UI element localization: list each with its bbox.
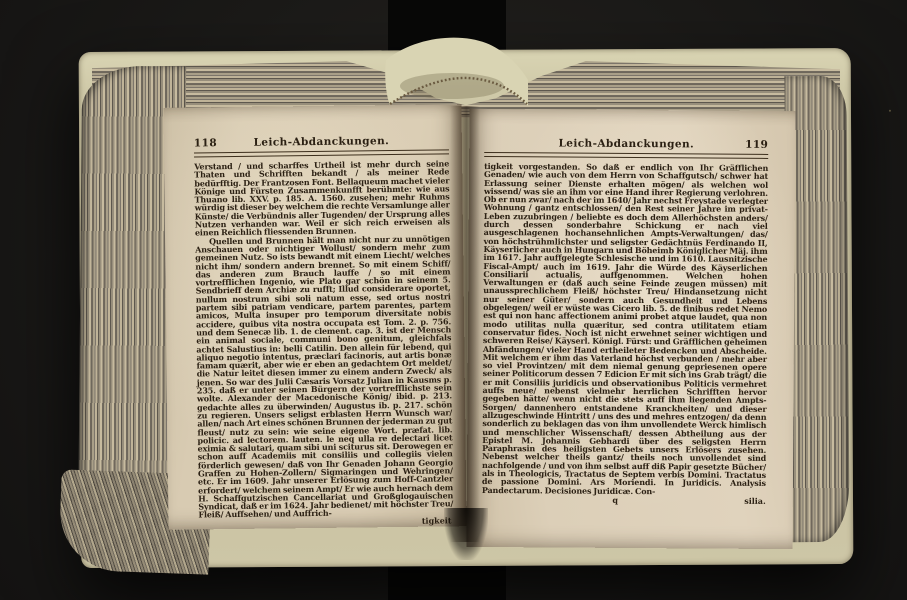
left-page-number: 118	[194, 137, 224, 149]
left-header-rule	[194, 149, 449, 157]
signature-mark: q	[612, 495, 618, 505]
right-page: Leich-Abdanckungen. 119 tigkeit vorgesta…	[466, 109, 795, 549]
page-text-paragraph: Verstand / und scharffes Urtheil ist meh…	[194, 159, 450, 237]
right-catchword: silia.	[744, 496, 766, 506]
left-page-header: 118 Leich-Abdanckungen.	[194, 134, 449, 149]
right-running-title: Leich-Abdanckungen.	[558, 137, 694, 150]
right-page-header: Leich-Abdanckungen. 119	[484, 137, 768, 151]
page-text-paragraph: tigkeit vorgestanden. So daß er endlich …	[482, 162, 768, 496]
right-page-text: tigkeit vorgestanden. So daß er endlich …	[482, 162, 768, 496]
right-page-footer: q silia.	[482, 494, 766, 506]
gutter-bottom-shadow	[444, 508, 488, 560]
left-page-text: Verstand / und scharffes Urtheil ist meh…	[194, 159, 453, 519]
page-text-paragraph: Quellen und Brunnen hält man nicht nur z…	[195, 234, 453, 519]
left-page: 118 Leich-Abdanckungen. Verstand / und s…	[163, 104, 466, 530]
photo-background: 118 Leich-Abdanckungen. Verstand / und s…	[0, 0, 907, 600]
left-running-title: Leich-Abdanckungen.	[254, 135, 390, 149]
right-header-rule	[484, 152, 768, 159]
gutter-shadow	[450, 106, 480, 542]
right-page-number: 119	[738, 139, 768, 151]
